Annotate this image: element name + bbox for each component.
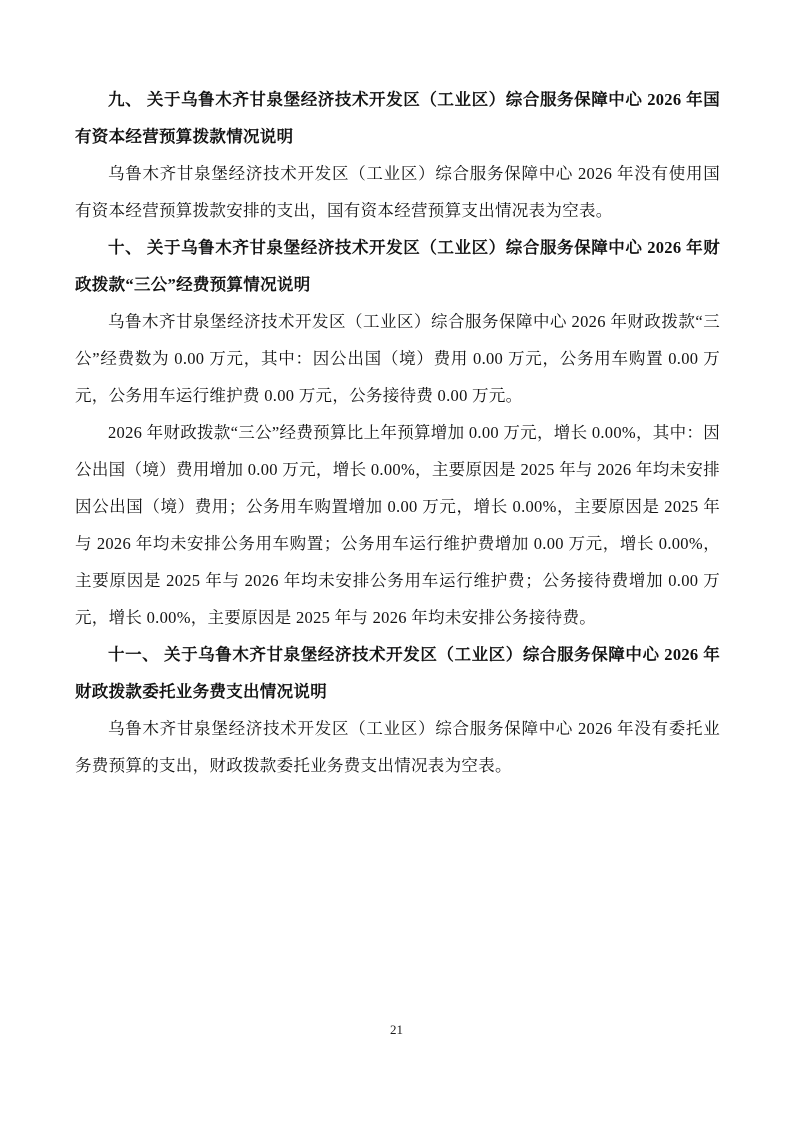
section-10-paragraph-1: 乌鲁木齐甘泉堡经济技术开发区（工业区）综合服务保障中心 2026 年财政拨款“三… bbox=[75, 303, 720, 414]
section-10-paragraph-2: 2026 年财政拨款“三公”经费预算比上年预算增加 0.00 万元，增长 0.0… bbox=[75, 414, 720, 636]
section-10: 十、 关于乌鲁木齐甘泉堡经济技术开发区（工业区）综合服务保障中心 2026 年财… bbox=[75, 229, 720, 636]
section-11: 十一、 关于乌鲁木齐甘泉堡经济技术开发区（工业区）综合服务保障中心 2026 年… bbox=[75, 636, 720, 784]
document-content: 九、 关于乌鲁木齐甘泉堡经济技术开发区（工业区）综合服务保障中心 2026 年国… bbox=[75, 81, 720, 784]
document-page: 九、 关于乌鲁木齐甘泉堡经济技术开发区（工业区）综合服务保障中心 2026 年国… bbox=[0, 0, 793, 1122]
section-10-heading: 十、 关于乌鲁木齐甘泉堡经济技术开发区（工业区）综合服务保障中心 2026 年财… bbox=[75, 229, 720, 303]
section-9: 九、 关于乌鲁木齐甘泉堡经济技术开发区（工业区）综合服务保障中心 2026 年国… bbox=[75, 81, 720, 229]
section-9-paragraph-1: 乌鲁木齐甘泉堡经济技术开发区（工业区）综合服务保障中心 2026 年没有使用国有… bbox=[75, 155, 720, 229]
section-11-paragraph-1: 乌鲁木齐甘泉堡经济技术开发区（工业区）综合服务保障中心 2026 年没有委托业务… bbox=[75, 710, 720, 784]
page-number: 21 bbox=[0, 1021, 793, 1039]
section-11-heading: 十一、 关于乌鲁木齐甘泉堡经济技术开发区（工业区）综合服务保障中心 2026 年… bbox=[75, 636, 720, 710]
section-9-heading: 九、 关于乌鲁木齐甘泉堡经济技术开发区（工业区）综合服务保障中心 2026 年国… bbox=[75, 81, 720, 155]
